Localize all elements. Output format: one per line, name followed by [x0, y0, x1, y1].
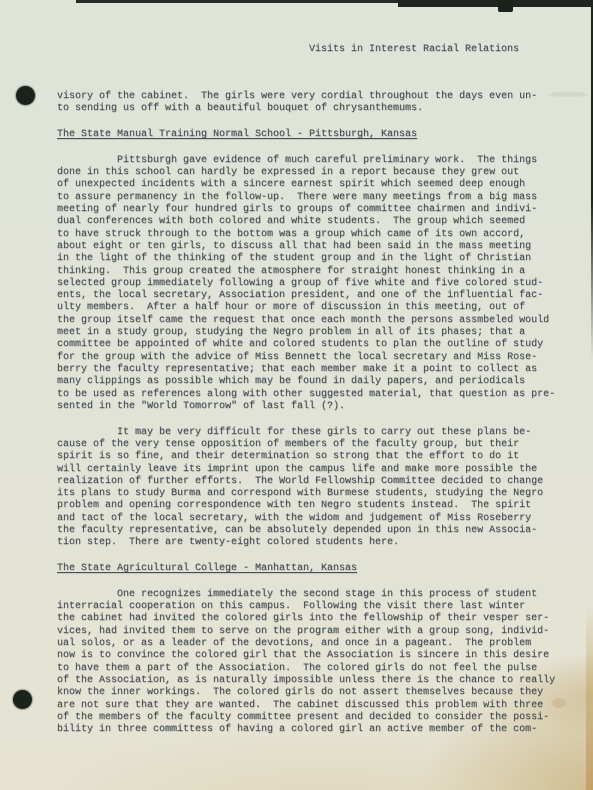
paper-stain-right-edge: [586, 605, 593, 790]
section-1-paragraph-1: Pittsburgh gave evidence of much careful…: [57, 155, 567, 413]
section-heading-state-agricultural-college: The State Agricultural College - Manhatt…: [57, 563, 567, 575]
scanned-document-page: Visits in Interest Racial Relations viso…: [0, 0, 593, 790]
document-body: visory of the cabinet. The girls were ve…: [57, 91, 567, 750]
section-1-paragraph-2: It may be very difficult for these girls…: [57, 427, 567, 550]
hole-punch-top-icon: [16, 86, 35, 105]
scan-edge-top-right: [398, 0, 593, 7]
intro-paragraph: visory of the cabinet. The girls were ve…: [57, 91, 567, 116]
page-header-title: Visits in Interest Racial Relations: [309, 44, 519, 56]
section-2-paragraph-1: One recognizes immediately the second st…: [57, 589, 567, 737]
section-heading-state-manual-training-normal-school: The State Manual Training Normal School …: [57, 129, 567, 141]
scan-edge-top-notch: [498, 0, 513, 12]
hole-punch-bottom-icon: [13, 690, 32, 709]
